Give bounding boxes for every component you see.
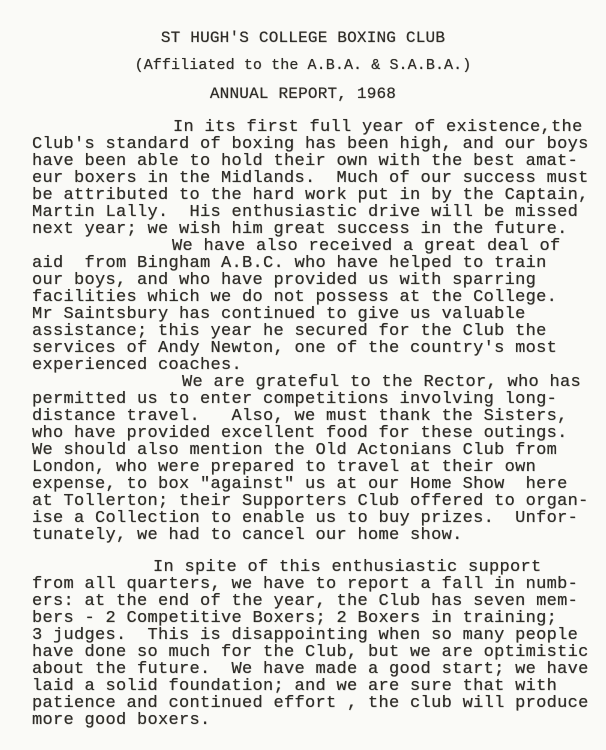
text-line: our boys, and who have provided us with … (32, 272, 596, 289)
paragraph: In spite of this enthusiastic supportfro… (32, 559, 596, 729)
paragraph: We are grateful to the Rector, who haspe… (32, 374, 596, 544)
text-line: more good boxers. (32, 712, 596, 729)
text-line: from all quarters, we have to report a f… (32, 576, 596, 593)
text-line: In spite of this enthusiastic support (32, 559, 596, 576)
text-line: In its first full year of existence,the (32, 119, 596, 136)
text-line: next year; we wish him great success in … (32, 221, 596, 238)
text-line: patience and continued effort , the club… (32, 695, 596, 712)
text-line: ers: at the end of the year, the Club ha… (32, 593, 596, 610)
text-line: tunately, we had to cancel our home show… (32, 527, 596, 544)
text-line: eur boxers in the Midlands. Much of our … (32, 170, 596, 187)
text-line: We are grateful to the Rector, who has (32, 374, 596, 391)
text-line: laid a solid foundation; and we are sure… (32, 678, 596, 695)
text-line: Martin Lally. His enthusiastic drive wil… (32, 204, 596, 221)
typewritten-page: ST HUGH'S COLLEGE BOXING CLUB (Affiliate… (0, 0, 606, 750)
text-line: We have also received a great deal of (32, 238, 596, 255)
text-line: We should also mention the Old Actonians… (32, 442, 596, 459)
paragraph: We have also received a great deal ofaid… (32, 238, 596, 374)
report-header: ST HUGH'S COLLEGE BOXING CLUB (Affiliate… (10, 24, 596, 108)
paragraph: In its first full year of existence,theC… (32, 119, 596, 238)
text-line: have done so much for the Club, but we a… (32, 644, 596, 661)
text-line: ise a Collection to enable us to buy pri… (32, 510, 596, 527)
text-line: permitted us to enter competitions invol… (32, 391, 596, 408)
text-line: have been able to hold their own with th… (32, 153, 596, 170)
text-line: aid from Bingham A.B.C. who have helped … (32, 255, 596, 272)
text-line: London, who were prepared to travel at t… (32, 459, 596, 476)
report-body: In its first full year of existence,theC… (32, 119, 596, 729)
text-line: facilities which we do not possess at th… (32, 289, 596, 306)
text-line: about the future. We have made a good st… (32, 661, 596, 678)
text-line: 3 judges. This is disappointing when so … (32, 627, 596, 644)
text-line: experienced coaches. (32, 357, 596, 374)
text-line: bers - 2 Competitive Boxers; 2 Boxers in… (32, 610, 596, 627)
affiliation-line: (Affiliated to the A.B.A. & S.A.B.A.) (10, 52, 596, 80)
text-line: services of Andy Newton, one of the coun… (32, 340, 596, 357)
text-line: expense, to box "against" us at our Home… (32, 476, 596, 493)
text-line: who have provided excellent food for the… (32, 425, 596, 442)
text-line: assistance; this year he secured for the… (32, 323, 596, 340)
text-line: at Tollerton; their Supporters Club offe… (32, 493, 596, 510)
text-line: distance travel. Also, we must thank the… (32, 408, 596, 425)
text-line: be attributed to the hard work put in by… (32, 187, 596, 204)
club-title: ST HUGH'S COLLEGE BOXING CLUB (10, 24, 596, 52)
text-line: Club's standard of boxing has been high,… (32, 136, 596, 153)
text-line: Mr Saintsbury has continued to give us v… (32, 306, 596, 323)
report-title: ANNUAL REPORT, 1968 (10, 80, 596, 108)
